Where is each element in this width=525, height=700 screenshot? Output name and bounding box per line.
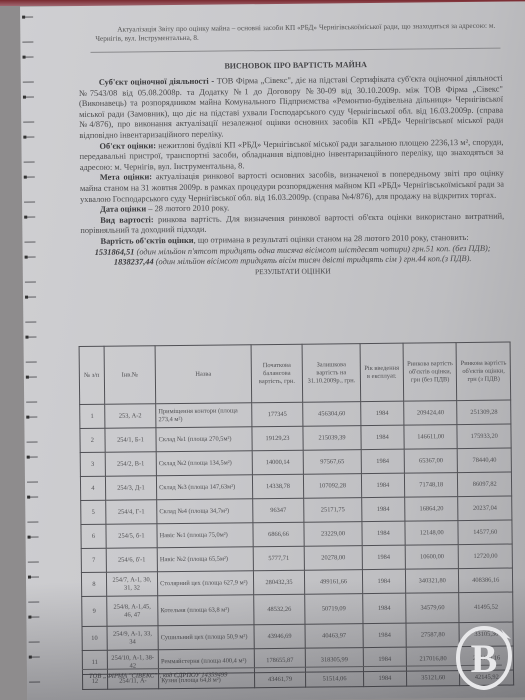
table-cell: 1984: [363, 671, 406, 686]
table-cell: 4: [80, 476, 105, 500]
table-cell: Склад №2 (площа 134,5м²): [156, 451, 252, 476]
paragraph-object: Об'єкт оцінки: нежитлові будівлі КП «РБД…: [79, 137, 503, 173]
binding-hole: [25, 296, 36, 322]
purpose-label: Мета оцінки:: [100, 173, 152, 183]
table-cell: 318305,99: [305, 648, 363, 673]
table-cell: 254/4, Г-1: [105, 500, 157, 525]
table-cell: Котельня (площа 63,8 м²): [158, 595, 254, 626]
table-cell: 23229,00: [304, 522, 362, 547]
value-without-vat-amount: 1531864,51: [95, 247, 135, 256]
table-cell: 11: [82, 650, 107, 674]
table-row: 9254/8, А-1,45, 46, 47Котельня (площа 63…: [82, 592, 513, 627]
paragraph-purpose: Мета оцінки: актуалізація ринкової варто…: [80, 169, 504, 205]
table-cell: 20237,04: [458, 496, 512, 521]
table-cell: 175933,20: [457, 424, 511, 449]
table-cell: Сушильний цех (площа 50,9 м²): [158, 625, 254, 650]
page-footer: ТОВ „ФІРМА "СІВЕКС"", код ЄДРПОУ 1435949…: [89, 672, 227, 680]
table-cell: 1984: [361, 449, 404, 473]
table-cell: 6866,66: [253, 522, 305, 547]
table-cell: 34579,60: [406, 593, 460, 624]
date-label: Дата оцінки: [100, 204, 146, 213]
table-cell: 254/1, Б-1: [105, 428, 157, 453]
table-cell: 146611,00: [404, 425, 458, 450]
table-cell: 408386,16: [459, 568, 513, 593]
table-cell: Навіс №1 (площа 75,0м²): [157, 523, 253, 548]
value-with-vat-amount: 1838237,44: [114, 257, 154, 266]
column-header: Інв.№: [104, 346, 156, 405]
table-cell: 1984: [361, 497, 404, 521]
table-cell: 340321,80: [405, 569, 459, 594]
table-cell: 1984: [361, 425, 404, 449]
column-header: Початкова балансова вартість, грн.: [251, 344, 303, 403]
table-cell: 6: [81, 524, 106, 548]
table-cell: 1984: [362, 593, 405, 623]
binding-hole: [28, 536, 39, 562]
table-cell: 14000,14: [252, 450, 304, 475]
table-cell: 254/8, А-1,45, 46, 47: [106, 596, 158, 627]
table-cell: 215039,39: [303, 426, 361, 451]
table-cell: 3: [80, 452, 105, 476]
binding-hole: [29, 656, 40, 682]
table-cell: 27587,80: [406, 623, 460, 648]
table-cell: 177345: [251, 402, 303, 427]
binding-hole: [24, 216, 35, 242]
table-cell: 40463,97: [305, 624, 363, 649]
table-cell: 1984: [361, 473, 404, 497]
binding-hole: [23, 97, 34, 123]
table-cell: 8: [81, 572, 106, 596]
table-cell: 41495,52: [459, 592, 513, 623]
table-cell: 97567,65: [303, 450, 361, 475]
binding-hole: [24, 176, 35, 202]
table-cell: 178655,87: [254, 648, 306, 673]
table-cell: 499161,66: [305, 570, 363, 595]
table-cell: 107092,28: [304, 474, 362, 499]
binding-hole: [23, 57, 34, 83]
table-cell: 209424,40: [404, 401, 458, 426]
table-cell: 1984: [363, 647, 406, 671]
page-title: ВИСНОВОК ПРО ВАРТІСТЬ МАЙНА: [91, 59, 501, 72]
table-cell: 254/6, б'-1: [106, 548, 158, 573]
table-body: 1253, А-2Приміщення контори (площа 273,4…: [80, 400, 514, 689]
table-cell: Навіс №2 (площа 65,5м²): [157, 547, 253, 572]
table-cell: 2: [80, 428, 105, 452]
running-header: Актуалізація Звіту про оцінку майна – ос…: [95, 22, 495, 44]
date-text: – 28 лютого 2010 року.: [146, 204, 229, 214]
table-cell: Реммайстерня (площа 400,4 м²): [158, 649, 254, 674]
column-header: Рік введення в експлуат.: [360, 343, 404, 401]
binding-hole: [28, 616, 39, 642]
watermark-logo-icon: В: [455, 625, 513, 691]
subject-label: Суб'єкт оціночної діяльності -: [99, 77, 214, 87]
table-cell: 1984: [362, 521, 405, 545]
table-cell: 43946,69: [254, 624, 306, 649]
table-cell: 10: [82, 626, 107, 650]
binding-hole: [25, 256, 36, 282]
table-cell: 1984: [362, 545, 405, 569]
table-cell: 14338,78: [252, 474, 304, 499]
binding-hole: [23, 137, 34, 163]
column-header: Ринкова вартість об'єктів оцінки, грн (б…: [403, 343, 457, 402]
conclusion-body: Суб'єкт оціночної діяльності - ТОВ Фірма…: [79, 74, 505, 280]
table-cell: 254/3, Д-1: [105, 476, 157, 501]
table-header-row: № з/пІнв.№НазваПочаткова балансова варті…: [79, 342, 511, 405]
table-cell: Столярний цех (площа 627,9 м²): [158, 571, 254, 596]
table-cell: Склад №4 (площа 34,7м²): [157, 499, 253, 524]
value-label: Вартість об'єктів оцінки: [100, 236, 193, 246]
binding-hole: [28, 576, 39, 602]
table-cell: 16864,20: [405, 497, 459, 522]
column-header: Залишкова вартість на 31.10.2009р., грн.: [302, 344, 360, 403]
table-cell: 35121,60: [406, 671, 460, 687]
paragraph-subject: Суб'єкт оціночної діяльності - ТОВ Фірма…: [79, 74, 504, 142]
table-cell: 19129,23: [252, 426, 304, 451]
table-cell: 7: [81, 548, 106, 572]
table-cell: 1984: [362, 569, 405, 593]
table-cell: 251309,28: [457, 400, 511, 425]
table-cell: 1: [80, 404, 105, 428]
column-header: Ринкова вартість об'єктів оцінки, грн (з…: [456, 342, 510, 401]
table-cell: 254/9, А-1, 33, 34: [107, 626, 159, 651]
binding-hole: [27, 456, 38, 482]
table-cell: Приміщення контори (площа 273,4 м²): [156, 403, 252, 428]
binding-hole: [22, 17, 33, 43]
table-cell: 254/2, В-1: [105, 452, 157, 477]
table-cell: 71748,18: [404, 473, 458, 498]
binding-hole: [26, 376, 37, 402]
table-cell: 456304,60: [303, 402, 361, 427]
table-cell: 5: [81, 500, 106, 524]
header-divider: [90, 48, 500, 53]
table-cell: 12720,00: [459, 544, 513, 569]
object-label: Об'єкт оцінки:: [99, 141, 156, 151]
svg-text:В: В: [471, 636, 498, 681]
table-cell: 14577,60: [458, 520, 512, 545]
table-cell: 253, А-2: [104, 404, 156, 429]
table-cell: 10600,00: [405, 545, 459, 570]
results-table: № з/пІнв.№НазваПочаткова балансова варті…: [79, 342, 515, 691]
document-page: Актуалізація Звіту про оцінку майна – ос…: [20, 1, 525, 700]
table-cell: 96347: [252, 498, 304, 523]
spiral-binding: [20, 16, 43, 696]
table-cell: Склад №3 (площа 147,63м²): [157, 475, 253, 500]
table-cell: 217016,80: [406, 647, 460, 672]
binding-hole: [27, 496, 38, 522]
table-cell: 51514,06: [306, 672, 364, 688]
binding-hole: [25, 336, 36, 362]
table-cell: 280432,35: [253, 570, 305, 595]
table-cell: 254/10, А-1, 38-42: [107, 650, 159, 675]
table-cell: Склад №1 (площа 270,5м²): [156, 427, 252, 452]
table-cell: 1984: [360, 401, 403, 425]
table-cell: 86097,82: [458, 472, 512, 497]
binding-hole: [26, 416, 37, 442]
table-cell: 9: [82, 596, 107, 626]
table-cell: 20278,00: [304, 546, 362, 571]
value-with-vat-words: (один мільйон вісімсот тридцять вісім ти…: [154, 254, 472, 266]
value-type-label: Вид вартості:: [100, 215, 153, 225]
table-cell: 78440,40: [458, 448, 512, 473]
table-cell: 50719,09: [305, 594, 363, 625]
table-cell: 1984: [363, 623, 406, 647]
table-cell: 43461,79: [254, 672, 306, 688]
table-cell: 48532,26: [253, 594, 305, 625]
table-cell: 25171,75: [304, 498, 362, 523]
table-cell: 254/5, б-1: [106, 524, 158, 549]
column-header: № з/п: [79, 346, 104, 404]
table-cell: 12148,00: [405, 521, 459, 546]
table-cell: 254/7, А-1, 30, 31, 32: [106, 572, 158, 597]
table-cell: 65367,00: [404, 449, 458, 474]
table-cell: 5777,71: [253, 546, 305, 571]
column-header: Назва: [155, 345, 251, 404]
